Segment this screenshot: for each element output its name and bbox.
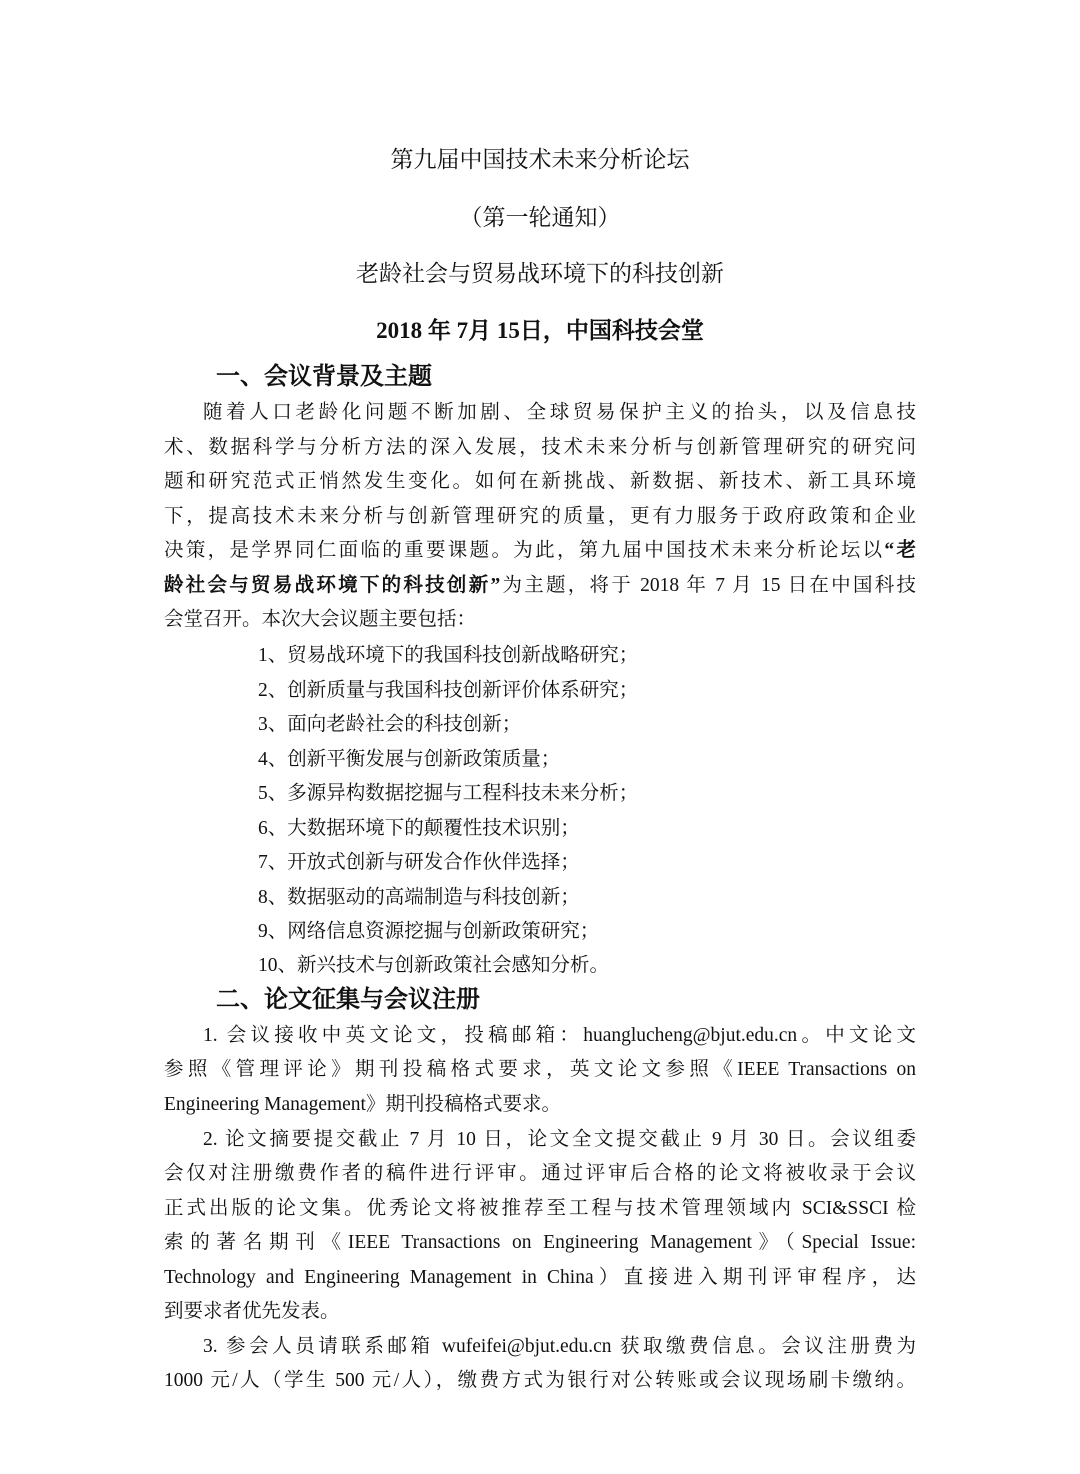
topic-item: 6、大数据环境下的颠覆性技术识别；: [258, 816, 580, 842]
topic-item: 8、数据驱动的高端制造与科技创新；: [258, 885, 580, 911]
document-date-location: 2018 年 7月 15日，中国科技会堂: [0, 316, 1080, 346]
document-theme: 老龄社会与贸易战环境下的科技创新: [0, 259, 1080, 289]
section2-item1-line: 参照《管理评论》期刊投稿格式要求，英文论文参照《IEEE Transaction…: [164, 1057, 916, 1083]
section1-paragraph-line: 下，提高技术未来分析与创新管理研究的质量，更有力服务于政府政策和企业: [164, 504, 916, 530]
section1-paragraph-line: 随着人口老龄化问题不断加剧、全球贸易保护主义的抬头，以及信息技: [203, 400, 916, 426]
section2-item2-line: 正式出版的论文集。优秀论文将被推荐至工程与技术管理领域内 SCI&SSCI 检: [164, 1196, 916, 1222]
topic-item: 9、网络信息资源挖掘与创新政策研究；: [258, 919, 599, 945]
section2-item2-line: 到要求者优先发表。: [164, 1299, 916, 1325]
topic-item: 3、面向老龄社会的科技创新；: [258, 712, 521, 738]
theme-quote: 龄社会与贸易战环境下的科技创新”: [164, 575, 500, 596]
topic-item: 5、多源异构数据挖掘与工程科技未来分析；: [258, 781, 638, 807]
section1-paragraph-line: 术、数据科学与分析方法的深入发展，技术未来分析与创新管理研究的研究问: [164, 435, 916, 461]
section2-heading: 二、论文征集与会议注册: [216, 985, 480, 1015]
line-text: 决策，是学界同仁面临的重要课题。为此，第九届中国技术未来分析论坛以: [164, 540, 884, 561]
section2-item1-line: Engineering Management》期刊投稿格式要求。: [164, 1092, 916, 1118]
topic-item: 10、新兴技术与创新政策社会感知分析。: [258, 953, 609, 979]
document-title: 第九届中国技术未来分析论坛: [0, 145, 1080, 175]
theme-quote-start: “老: [884, 540, 916, 561]
document-subtitle: （第一轮通知）: [0, 203, 1080, 233]
section2-item2-line: 会仅对注册缴费作者的稿件进行评审。通过评审后合格的论文将被收录于会议: [164, 1161, 916, 1187]
section2-item2-line: 2. 论文摘要提交截止 7 月 10 日，论文全文提交截止 9 月 30 日。会…: [203, 1127, 916, 1153]
document-page: 第九届中国技术未来分析论坛 （第一轮通知） 老龄社会与贸易战环境下的科技创新 2…: [0, 0, 1080, 1474]
section2-item2-line: Technology and Engineering Management in…: [164, 1265, 916, 1291]
section2-item3-line: 3. 参会人员请联系邮箱 wufeifei@bjut.edu.cn 获取缴费信息…: [203, 1334, 916, 1360]
section1-paragraph-line: 龄社会与贸易战环境下的科技创新”为主题，将于 2018 年 7 月 15 日在中…: [164, 573, 916, 599]
topic-item: 1、贸易战环境下的我国科技创新战略研究；: [258, 643, 638, 669]
topic-item: 7、开放式创新与研发合作伙伴选择；: [258, 850, 580, 876]
section1-paragraph-line: 决策，是学界同仁面临的重要课题。为此，第九届中国技术未来分析论坛以“老: [164, 538, 916, 564]
topic-item: 2、创新质量与我国科技创新评价体系研究；: [258, 678, 638, 704]
line-text: 为主题，将于 2018 年 7 月 15 日在中国科技: [500, 575, 916, 596]
section2-item1-line: 1. 会议接收中英文论文，投稿邮箱：huanglucheng@bjut.edu.…: [203, 1023, 916, 1049]
section1-paragraph-line: 会堂召开。本次大会议题主要包括：: [164, 607, 916, 633]
topic-item: 4、创新平衡发展与创新政策质量；: [258, 747, 560, 773]
section1-paragraph-line: 题和研究范式正悄然发生变化。如何在新挑战、新数据、新技术、新工具环境: [164, 469, 916, 495]
section2-item3-line: 1000 元/人（学生 500 元/人），缴费方式为银行对公转账或会议现场刷卡缴…: [164, 1368, 916, 1394]
section2-item2-line: 索的著名期刊《IEEE Transactions on Engineering …: [164, 1230, 916, 1256]
section1-heading: 一、会议背景及主题: [216, 362, 432, 392]
